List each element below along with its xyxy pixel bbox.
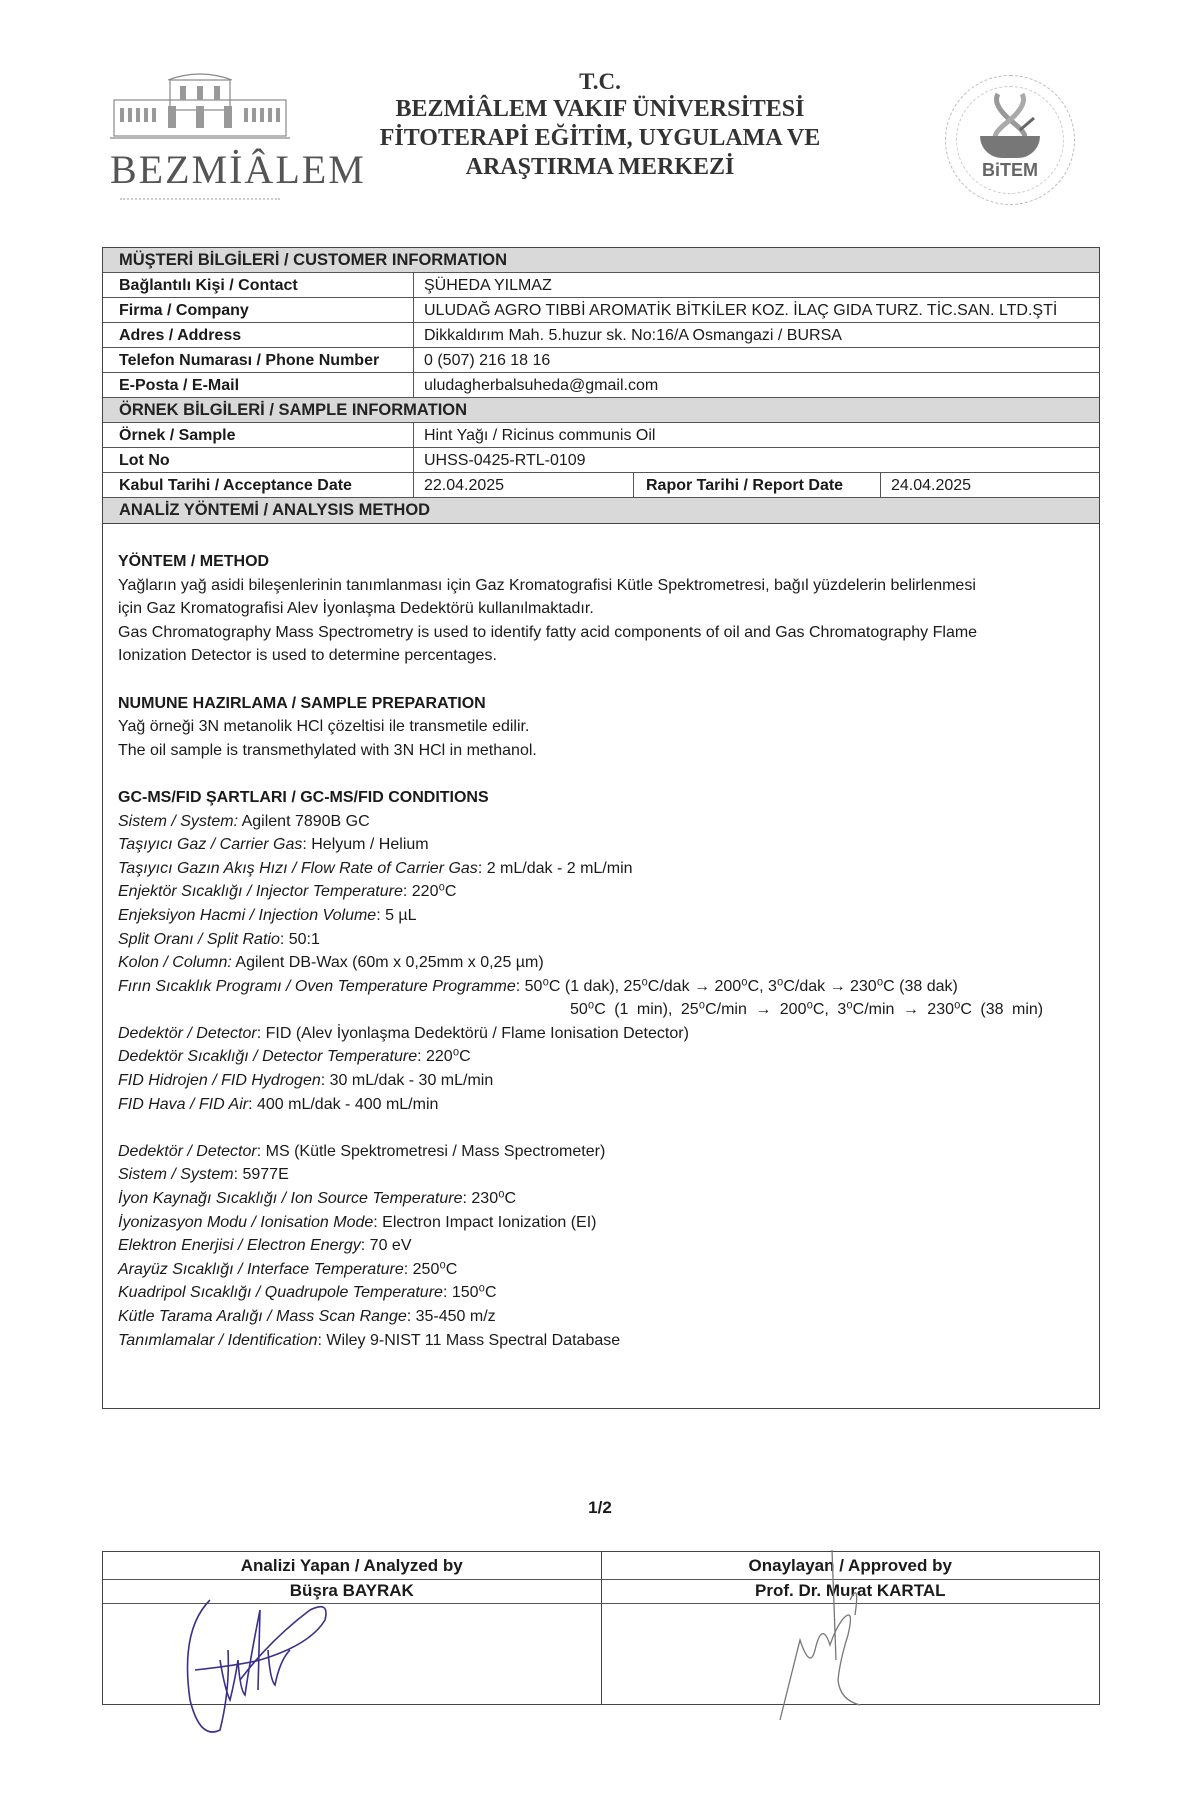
address-value: Dikkaldırım Mah. 5.huzur sk. No:16/A Osm… <box>414 323 1099 347</box>
condition-value: : Electron Impact Ionization (EI) <box>373 1214 596 1231</box>
condition-key: İyonizasyon Modu / Ionisation Mode <box>118 1214 373 1231</box>
ms-conditions-list: Dedektör / Detector: MS (Kütle Spektrome… <box>118 1140 1099 1352</box>
university-building-icon <box>110 62 290 144</box>
condition-key: FID Hidrojen / FID Hydrogen <box>118 1072 321 1089</box>
condition-key: Kütle Tarama Aralığı / Mass Scan Range <box>118 1308 407 1325</box>
condition-key: İyon Kaynağı Sıcaklığı / Ion Source Temp… <box>118 1190 463 1207</box>
fid-detector-conditions-list: Dedektör / Detector: FID (Alev İyonlaşma… <box>118 1022 1099 1116</box>
condition-value: : 150⁰C <box>443 1284 497 1301</box>
condition-key: Fırın Sıcaklık Programı / Oven Temperatu… <box>118 978 516 995</box>
condition-line: Dedektör / Detector: MS (Kütle Spektrome… <box>118 1140 1099 1164</box>
sample-label: Örnek / Sample <box>103 423 414 447</box>
title-line-2: BEZMİÂLEM VAKIF ÜNİVERSİTESİ <box>330 95 870 124</box>
condition-line: Enjektör Sıcaklığı / Injector Temperatur… <box>118 880 1099 904</box>
method-line: Yağların yağ asidi bileşenlerinin tanıml… <box>118 574 1099 598</box>
condition-line: Split Oranı / Split Ratio: 50:1 <box>118 928 1099 952</box>
analysis-method-body: YÖNTEM / METHOD Yağların yağ asidi bileş… <box>102 524 1100 1409</box>
sample-prep-heading: NUMUNE HAZIRLAMA / SAMPLE PREPARATION <box>118 692 1099 716</box>
condition-line: Taşıyıcı Gaz / Carrier Gas: Helyum / Hel… <box>118 833 1099 857</box>
email-label: E-Posta / E-Mail <box>103 373 414 397</box>
lot-value: UHSS-0425-RTL-0109 <box>414 448 1099 472</box>
bezmialem-wordmark: BEZMİÂLEM <box>110 146 290 193</box>
condition-value: : Wiley 9-NIST 11 Mass Spectral Database <box>318 1332 621 1349</box>
report-date-value: 24.04.2025 <box>881 473 1099 497</box>
contact-value: ŞÜHEDA YILMAZ <box>414 273 1099 297</box>
table-row-contact: Bağlantılı Kişi / Contact ŞÜHEDA YILMAZ <box>103 273 1099 298</box>
condition-key: Split Oranı / Split Ratio <box>118 931 280 948</box>
analyzed-by-label: Analizi Yapan / Analyzed by <box>103 1552 602 1580</box>
condition-line: Fırın Sıcaklık Programı / Oven Temperatu… <box>118 975 1099 999</box>
report-date-label: Rapor Tarihi / Report Date <box>634 473 881 497</box>
condition-value: : 35-450 m/z <box>407 1308 496 1325</box>
signature-table: Analizi Yapan / Analyzed by Onaylayan / … <box>102 1551 1100 1705</box>
bitem-brand: BiTEM <box>946 160 1074 181</box>
condition-value: Agilent DB-Wax (60m x 0,25mm x 0,25 µm) <box>232 954 544 971</box>
acceptance-date-label: Kabul Tarihi / Acceptance Date <box>103 473 414 497</box>
condition-line: Arayüz Sıcaklığı / Interface Temperature… <box>118 1258 1099 1282</box>
table-row-phone: Telefon Numarası / Phone Number 0 (507) … <box>103 348 1099 373</box>
condition-value: : 220⁰C <box>417 1048 471 1065</box>
table-row-email: E-Posta / E-Mail uludagherbalsuheda@gmai… <box>103 373 1099 398</box>
condition-key: Kolon / Column: <box>118 954 232 971</box>
approver-signature-cell <box>602 1604 1100 1704</box>
condition-value: : 50:1 <box>280 931 320 948</box>
condition-line: FID Hidrojen / FID Hydrogen: 30 mL/dak -… <box>118 1069 1099 1093</box>
signature-header-row: Analizi Yapan / Analyzed by Onaylayan / … <box>103 1552 1099 1580</box>
condition-line: Tanımlamalar / Identification: Wiley 9-N… <box>118 1329 1099 1353</box>
table-row-sample: Örnek / Sample Hint Yağı / Ricinus commu… <box>103 423 1099 448</box>
condition-line: Kütle Tarama Aralığı / Mass Scan Range: … <box>118 1305 1099 1329</box>
condition-line: FID Hava / FID Air: 400 mL/dak - 400 mL/… <box>118 1093 1099 1117</box>
sample-section-header: ÖRNEK BİLGİLERİ / SAMPLE INFORMATION <box>103 398 1099 423</box>
fid-conditions-list: Sistem / System: Agilent 7890B GCTaşıyıc… <box>118 810 1099 999</box>
sample-prep-line: Yağ örneği 3N metanolik HCl çözeltisi il… <box>118 715 1099 739</box>
condition-key: Sistem / System: <box>118 813 238 830</box>
approved-by-label: Onaylayan / Approved by <box>602 1552 1100 1580</box>
method-heading: YÖNTEM / METHOD <box>118 550 1099 574</box>
email-value: uludagherbalsuheda@gmail.com <box>414 373 1099 397</box>
table-row-lot: Lot No UHSS-0425-RTL-0109 <box>103 448 1099 473</box>
address-label: Adres / Address <box>103 323 414 347</box>
condition-key: Dedektör / Detector <box>118 1025 257 1042</box>
condition-value: : 400 mL/dak - 400 mL/min <box>248 1096 438 1113</box>
conditions-heading: GC-MS/FID ŞARTLARI / GC-MS/FID CONDITION… <box>118 786 1099 810</box>
condition-value: : 230⁰C <box>463 1190 517 1207</box>
condition-value: : 250⁰C <box>404 1261 458 1278</box>
condition-key: Taşıyıcı Gaz / Carrier Gas <box>118 836 302 853</box>
company-value: ULUDAĞ AGRO TIBBİ AROMATİK BİTKİLER KOZ.… <box>414 298 1099 322</box>
table-row-address: Adres / Address Dikkaldırım Mah. 5.huzur… <box>103 323 1099 348</box>
phone-value: 0 (507) 216 18 16 <box>414 348 1099 372</box>
sample-value: Hint Yağı / Ricinus communis Oil <box>414 423 1099 447</box>
condition-value: : 50⁰C (1 dak), 25⁰C/dak → 200⁰C, 3⁰C/da… <box>516 978 958 995</box>
condition-key: Taşıyıcı Gazın Akış Hızı / Flow Rate of … <box>118 860 478 877</box>
condition-key: Enjeksiyon Hacmi / Injection Volume <box>118 907 376 924</box>
condition-key: Dedektör / Detector <box>118 1143 257 1160</box>
condition-line: Kuadripol Sıcaklığı / Quadrupole Tempera… <box>118 1281 1099 1305</box>
condition-key: Kuadripol Sıcaklığı / Quadrupole Tempera… <box>118 1284 443 1301</box>
condition-key: FID Hava / FID Air <box>118 1096 248 1113</box>
contact-label: Bağlantılı Kişi / Contact <box>103 273 414 297</box>
analyst-name: Büşra BAYRAK <box>103 1580 602 1604</box>
analysis-section-header: ANALİZ YÖNTEMİ / ANALYSIS METHOD <box>103 498 1099 523</box>
condition-key: Elektron Enerjisi / Electron Energy <box>118 1237 361 1254</box>
condition-value: : 30 mL/dak - 30 mL/min <box>321 1072 494 1089</box>
condition-line: Dedektör / Detector: FID (Alev İyonlaşma… <box>118 1022 1099 1046</box>
bezmialem-logo: BEZMİÂLEM <box>110 62 290 212</box>
page-number: 1/2 <box>570 1498 630 1518</box>
condition-value: : 5 µL <box>376 907 416 924</box>
information-table: MÜŞTERİ BİLGİLERİ / CUSTOMER INFORMATION… <box>102 247 1100 524</box>
customer-section-header: MÜŞTERİ BİLGİLERİ / CUSTOMER INFORMATION <box>103 248 1099 273</box>
condition-line: Enjeksiyon Hacmi / Injection Volume: 5 µ… <box>118 904 1099 928</box>
table-row-company: Firma / Company ULUDAĞ AGRO TIBBİ AROMAT… <box>103 298 1099 323</box>
logo-subtitle <box>120 198 280 204</box>
document-header: BEZMİÂLEM T.C. BEZMİÂLEM VAKIF ÜNİVERSİT… <box>0 0 1200 230</box>
signature-name-row: Büşra BAYRAK Prof. Dr. Murat KARTAL <box>103 1580 1099 1604</box>
table-row-dates: Kabul Tarihi / Acceptance Date 22.04.202… <box>103 473 1099 498</box>
title-line-1: T.C. <box>330 68 870 95</box>
phone-label: Telefon Numarası / Phone Number <box>103 348 414 372</box>
mortar-and-pestle-icon <box>980 90 1040 140</box>
condition-line: Dedektör Sıcaklığı / Detector Temperatur… <box>118 1045 1099 1069</box>
condition-line: Sistem / System: 5977E <box>118 1163 1099 1187</box>
condition-key: Sistem / System <box>118 1166 234 1183</box>
signature-row <box>103 1604 1099 1704</box>
condition-line: Taşıyıcı Gazın Akış Hızı / Flow Rate of … <box>118 857 1099 881</box>
condition-line: Elektron Enerjisi / Electron Energy: 70 … <box>118 1234 1099 1258</box>
method-line: Ionization Detector is used to determine… <box>118 644 1099 668</box>
condition-value: : 70 eV <box>361 1237 412 1254</box>
condition-line: İyon Kaynağı Sıcaklığı / Ion Source Temp… <box>118 1187 1099 1211</box>
acceptance-date-value: 22.04.2025 <box>414 473 634 497</box>
company-label: Firma / Company <box>103 298 414 322</box>
title-line-3: FİTOTERAPİ EĞİTİM, UYGULAMA VE <box>330 124 870 153</box>
bitem-logo: BiTEM <box>945 75 1075 205</box>
condition-key: Dedektör Sıcaklığı / Detector Temperatur… <box>118 1048 417 1065</box>
oven-program-en: 50⁰C (1 min), 25⁰C/min → 200⁰C, 3⁰C/min … <box>118 998 1099 1022</box>
title-line-4: ARAŞTIRMA MERKEZİ <box>330 153 870 182</box>
condition-line: Kolon / Column: Agilent DB-Wax (60m x 0,… <box>118 951 1099 975</box>
method-line: Gas Chromatography Mass Spectrometry is … <box>118 621 1099 645</box>
condition-key: Enjektör Sıcaklığı / Injector Temperatur… <box>118 883 403 900</box>
institution-title: T.C. BEZMİÂLEM VAKIF ÜNİVERSİTESİ FİTOTE… <box>330 68 870 182</box>
condition-value: : FID (Alev İyonlaşma Dedektörü / Flame … <box>257 1025 689 1042</box>
condition-key: Tanımlamalar / Identification <box>118 1332 318 1349</box>
condition-line: İyonizasyon Modu / Ionisation Mode: Elec… <box>118 1211 1099 1235</box>
condition-value: : 220⁰C <box>403 883 457 900</box>
method-line: için Gaz Kromatografisi Alev İyonlaşma D… <box>118 597 1099 621</box>
condition-key: Arayüz Sıcaklığı / Interface Temperature <box>118 1261 404 1278</box>
condition-value: Agilent 7890B GC <box>238 813 370 830</box>
condition-value: : 5977E <box>234 1166 289 1183</box>
condition-value: : Helyum / Helium <box>302 836 428 853</box>
analyst-signature-cell <box>103 1604 602 1704</box>
lot-label: Lot No <box>103 448 414 472</box>
condition-value: : 2 mL/dak - 2 mL/min <box>478 860 633 877</box>
sample-prep-line: The oil sample is transmethylated with 3… <box>118 739 1099 763</box>
condition-value: : MS (Kütle Spektrometresi / Mass Spectr… <box>257 1143 606 1160</box>
condition-line: Sistem / System: Agilent 7890B GC <box>118 810 1099 834</box>
approver-name: Prof. Dr. Murat KARTAL <box>602 1580 1100 1604</box>
